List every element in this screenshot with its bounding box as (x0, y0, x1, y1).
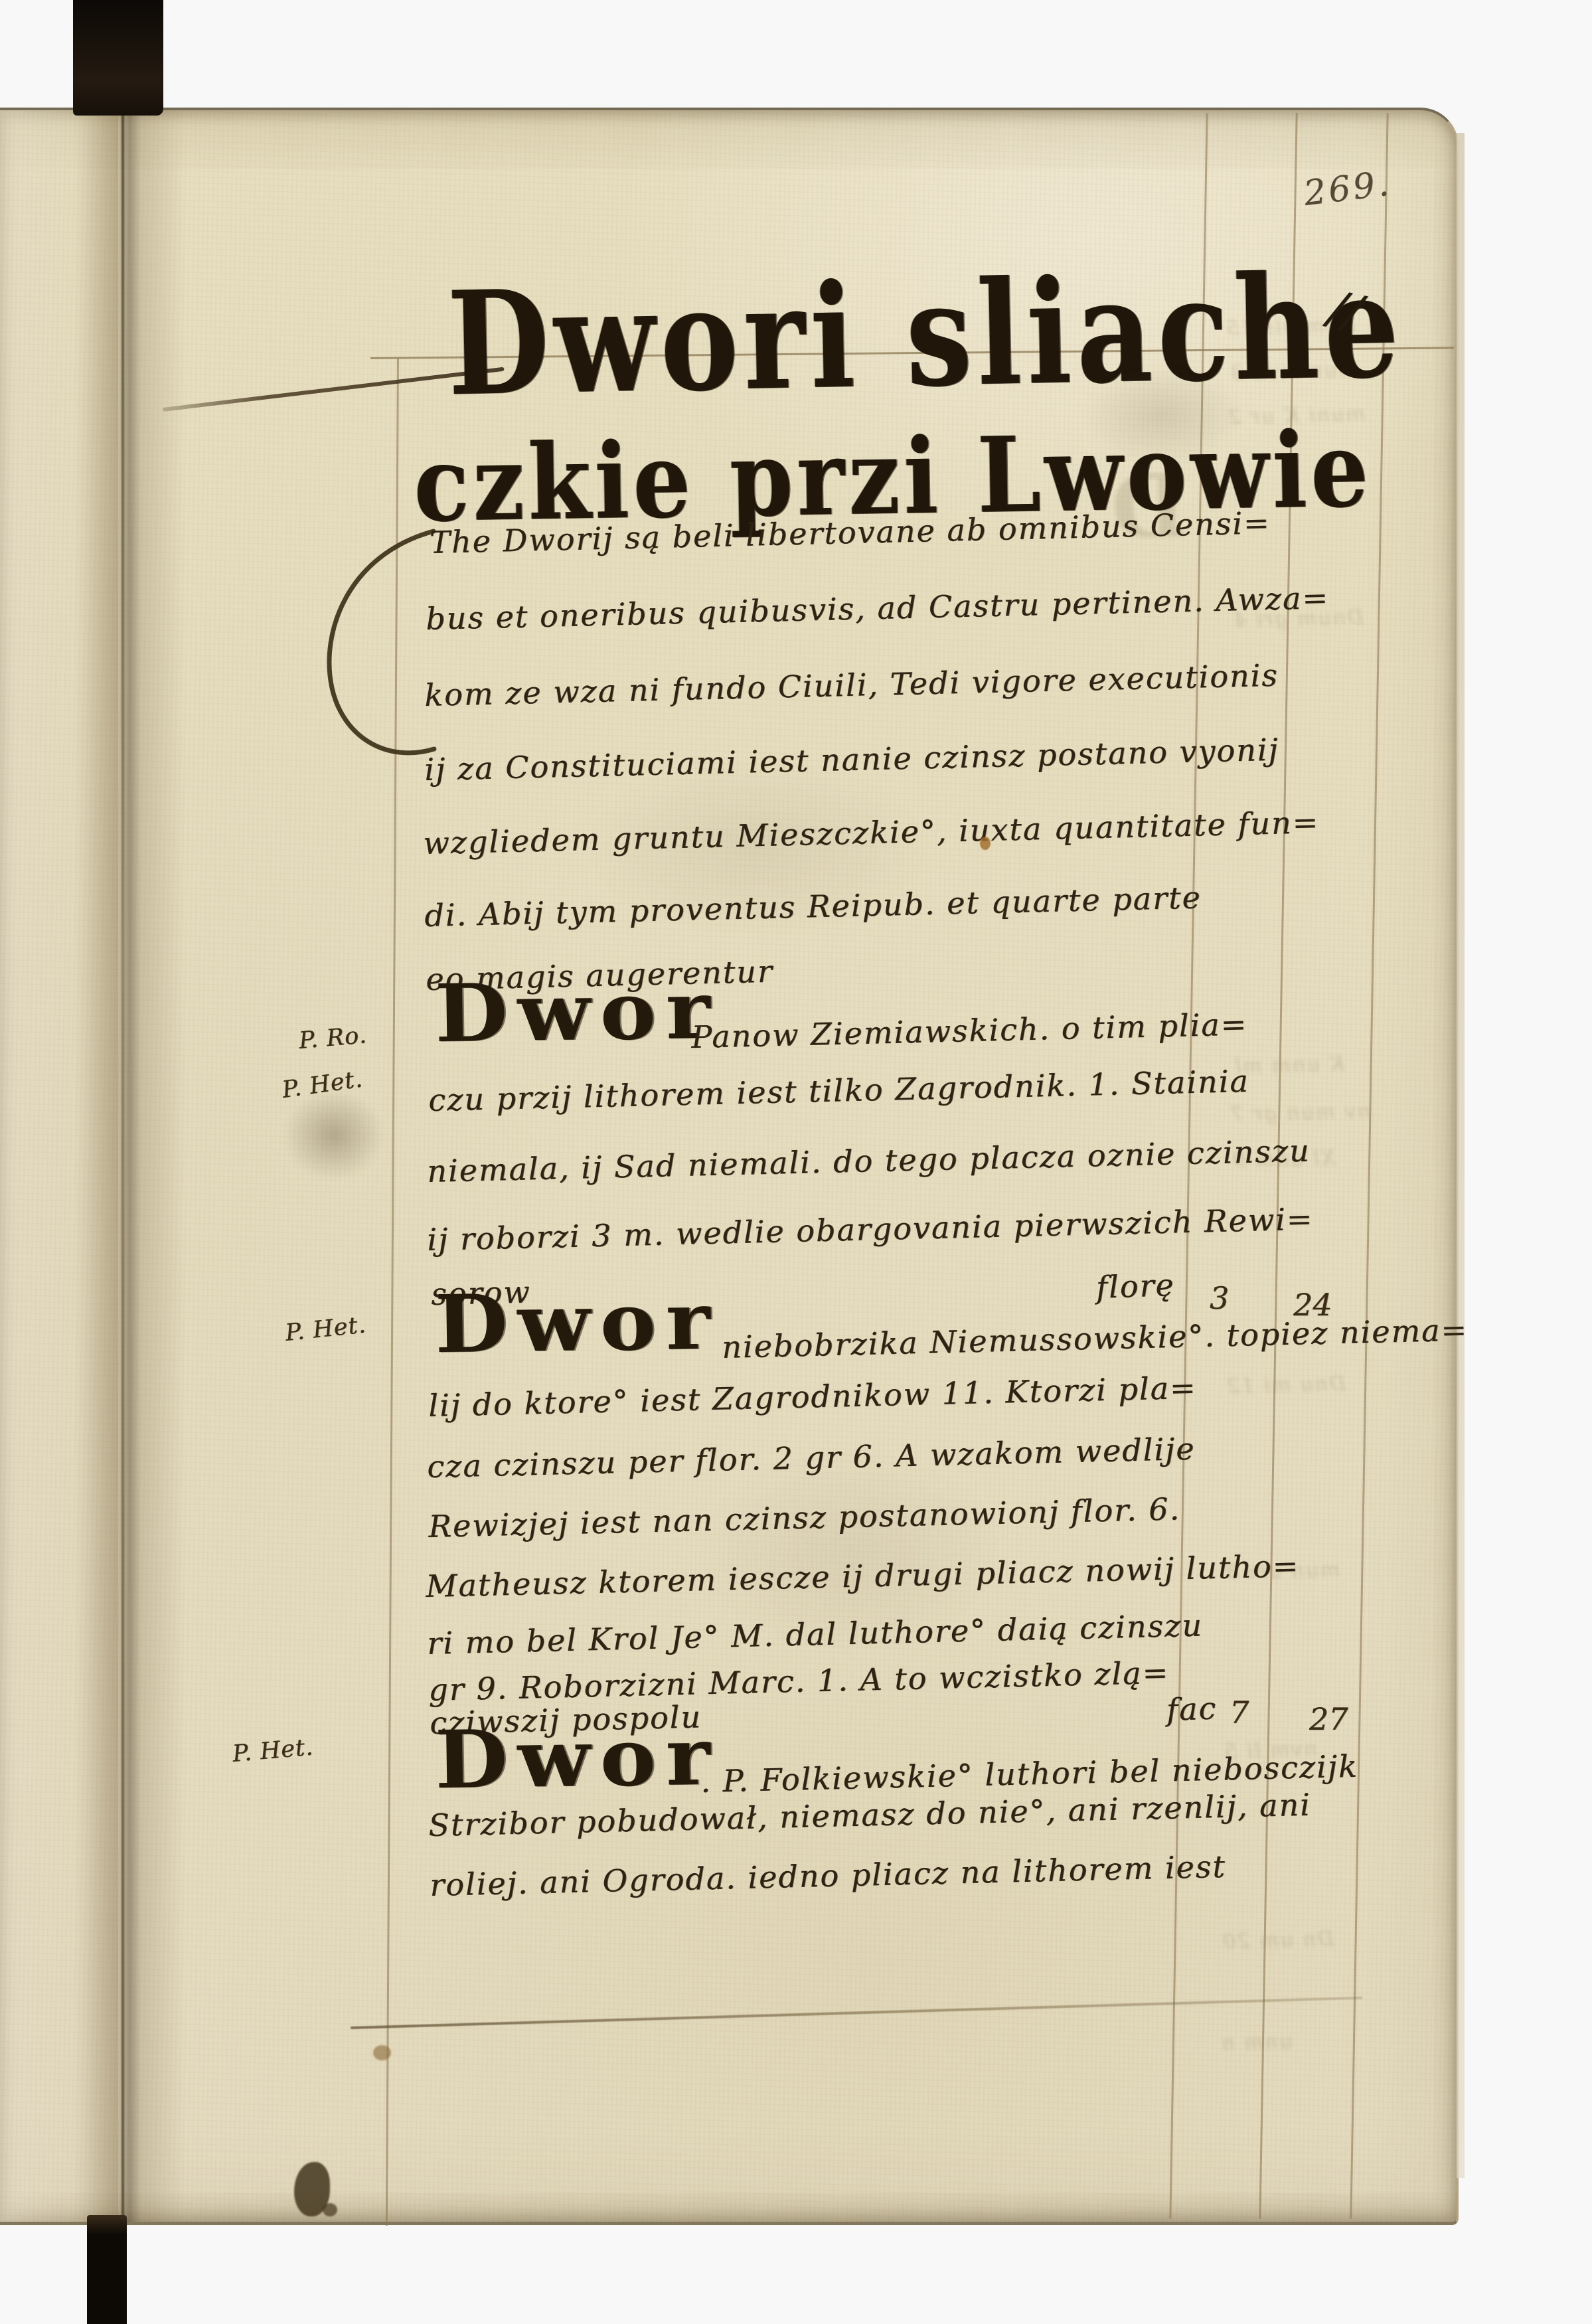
gutter-shadow (73, 110, 186, 2222)
gutter-crease-line (121, 110, 124, 2222)
amount-florins: 3 (1210, 1280, 1229, 1316)
amount-grosze: 27 (1309, 1701, 1348, 1737)
section-heading-word: Dwor (434, 1709, 720, 1807)
bleedthrough-text: K unm ml (1234, 1052, 1345, 1078)
bleedthrough-text: unm n (1220, 2030, 1293, 2056)
ink-blot-small (323, 2203, 337, 2216)
freehand-line-below-text (351, 1997, 1362, 2029)
calligraphic-swash (311, 517, 450, 782)
scanned-manuscript: Dom bis 15 nun mvn 3 muni K ur 2 D Dnum … (0, 0, 1592, 2324)
section-heading-word: Dwor (434, 1274, 720, 1371)
binding-tape-top (73, 0, 163, 116)
page-fore-edge (1457, 133, 1465, 2178)
bleedthrough-text: Dnu mi 12 (1226, 1372, 1346, 1399)
section-heading-word: Dwor (434, 963, 720, 1060)
rust-spot (980, 837, 991, 850)
sum-label: fac (1166, 1690, 1218, 1728)
sum-label: florę (1095, 1267, 1175, 1305)
bleedthrough-text: nv mun gr 7 (1230, 1099, 1372, 1127)
amount-florins: 7 (1230, 1695, 1249, 1730)
title-smudge (1082, 365, 1241, 465)
binding-tape-bottom (87, 2215, 127, 2324)
bleedthrough-text: Dn um 20 (1222, 1927, 1334, 1953)
brown-spot (373, 2045, 391, 2060)
margin-ink-smudge (284, 1090, 384, 1180)
page-title-line1: Dwori sliache (446, 242, 1405, 428)
